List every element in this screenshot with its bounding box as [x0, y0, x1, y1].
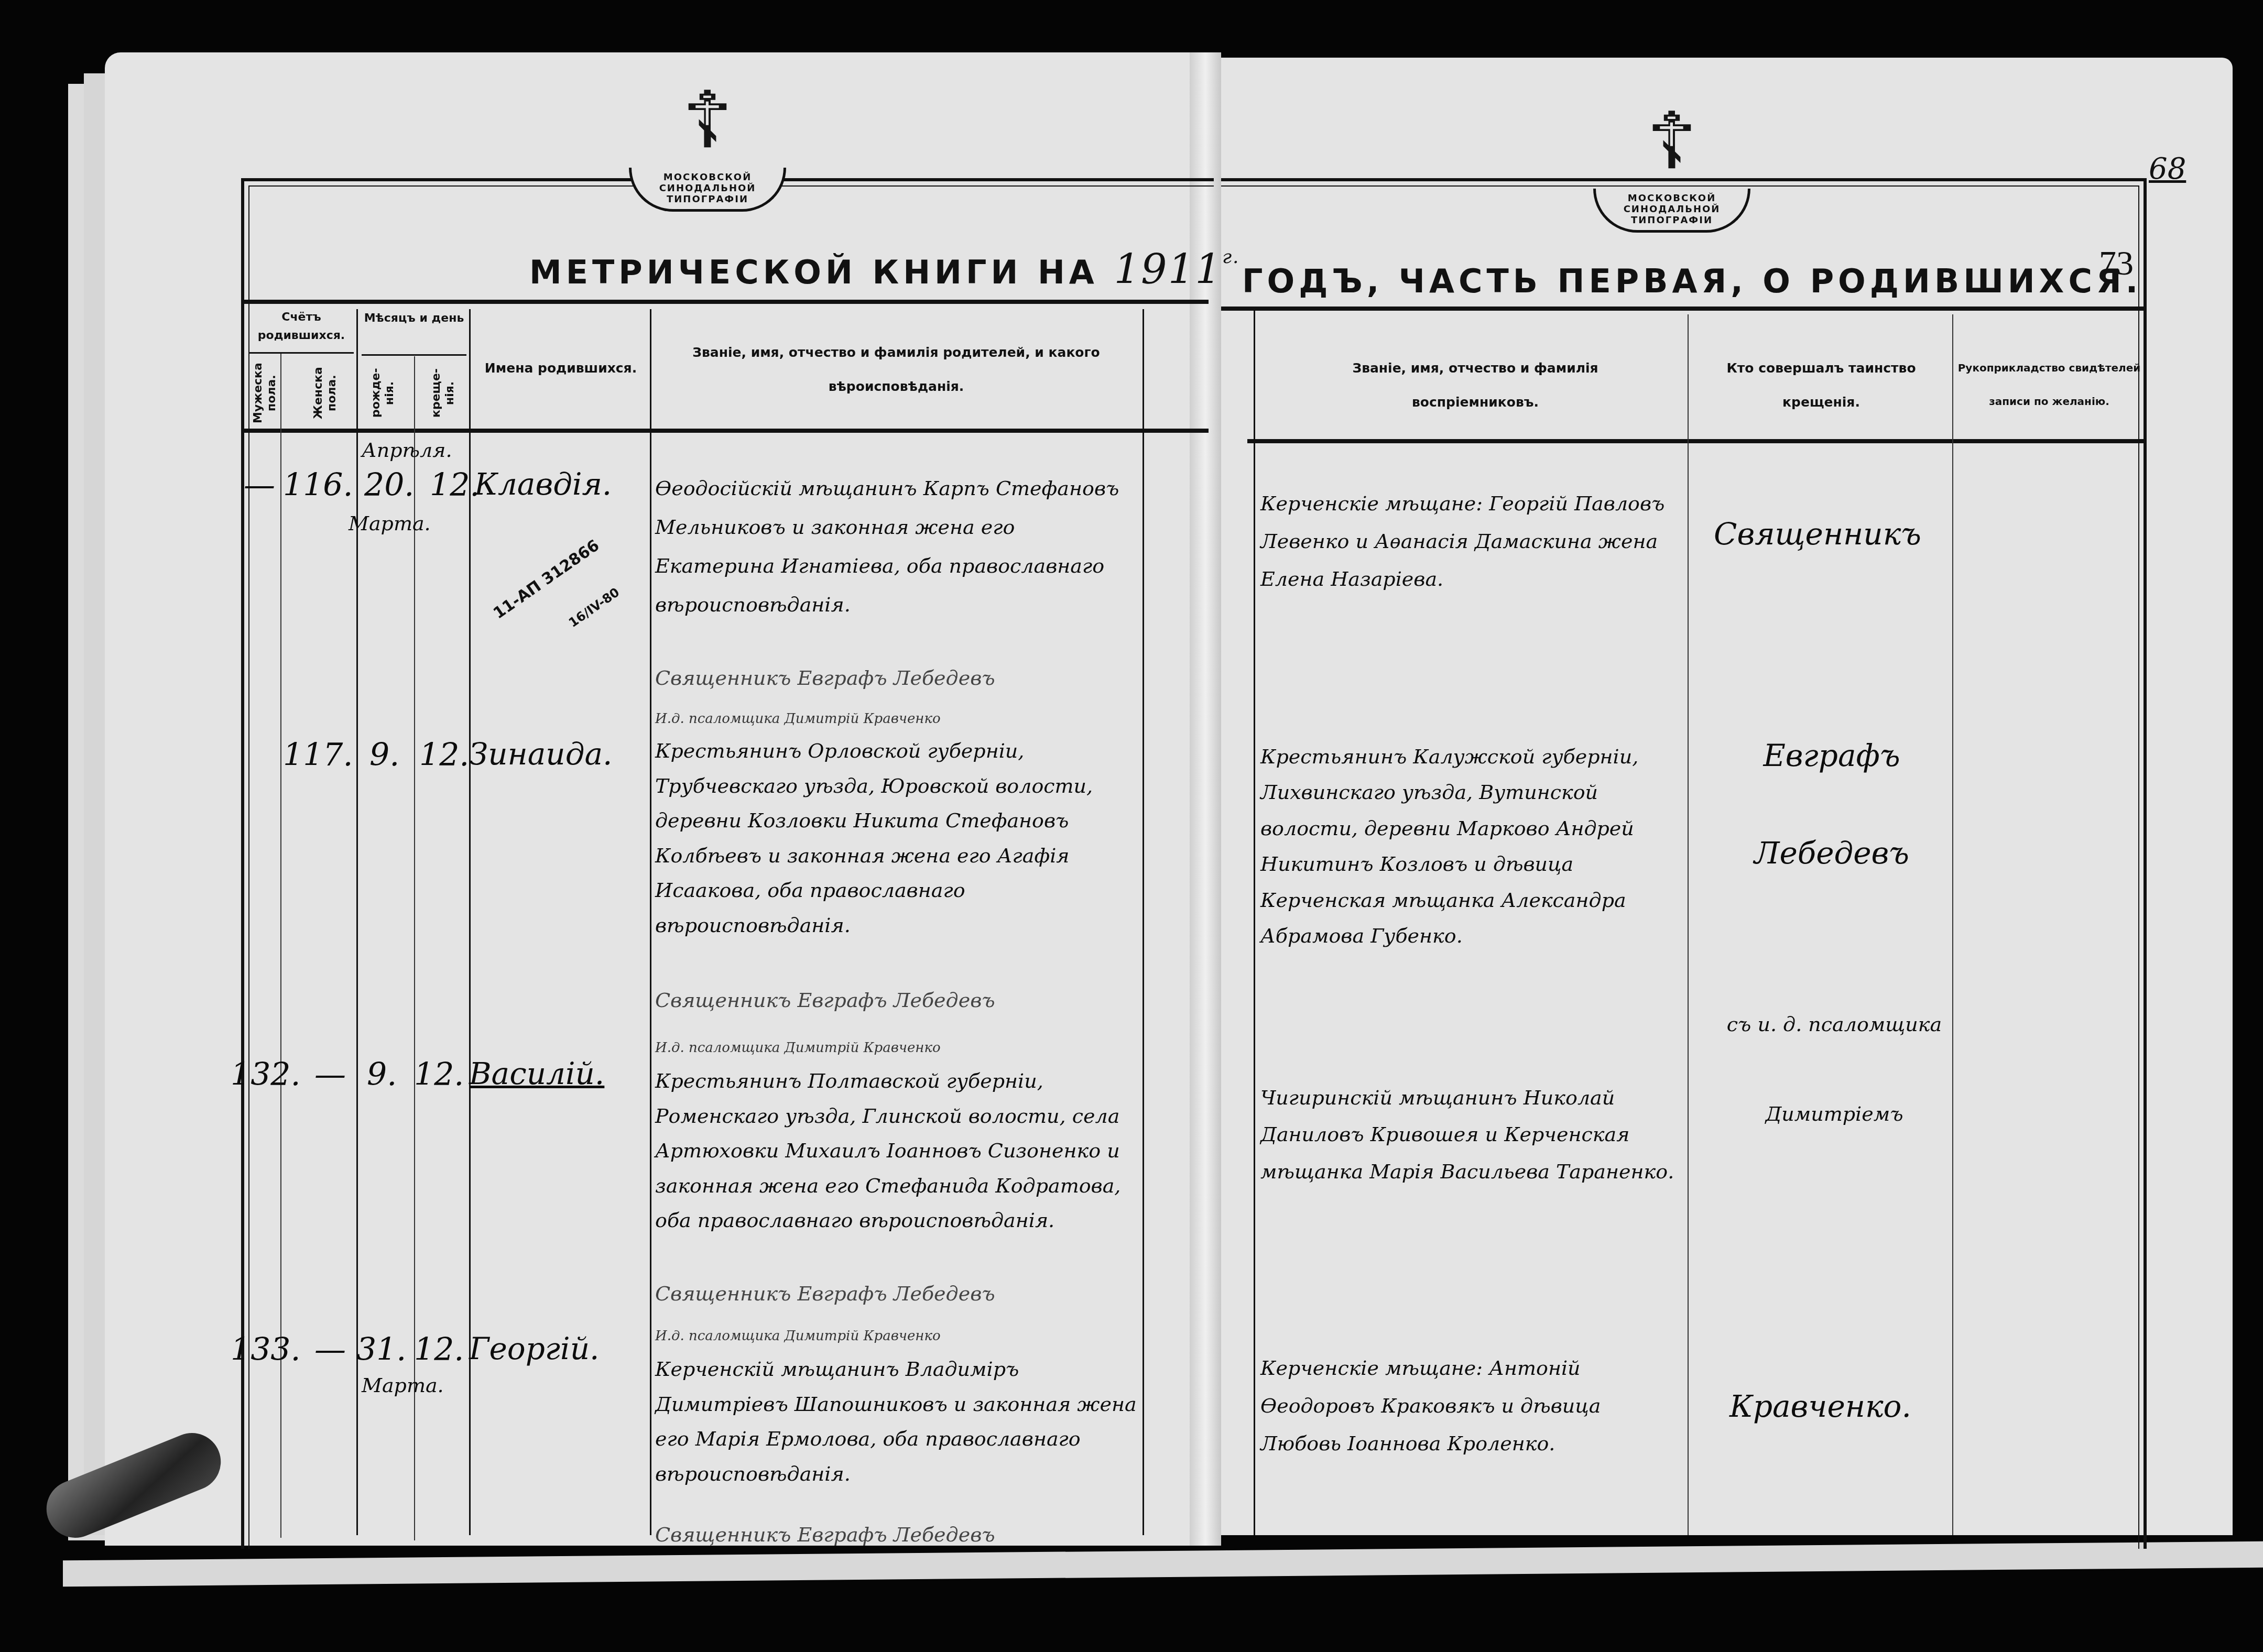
entry-4-female-no: —	[314, 1326, 346, 1374]
header-top-rule	[244, 300, 1209, 304]
title-prefix: МЕТРИЧЕСКОЙ КНИГИ НА	[529, 253, 1098, 291]
entry-4-baptism-day: 12.	[414, 1326, 464, 1374]
entry-4-male-no: 133.	[231, 1326, 301, 1374]
entry-2-priest-signature: Священникъ Евграфъ Лебедевъ	[655, 985, 1137, 1016]
header-count-female: Женска пола.	[312, 362, 338, 424]
entry-4-priest-signature: Священникъ Евграфъ Лебедевъ	[655, 1519, 1137, 1550]
entry-1-male-no: —	[244, 461, 280, 510]
entry-4-birth-month: Марта.	[362, 1370, 444, 1401]
header-godparents: Званіе, имя, отчество и фамилія воспріем…	[1268, 351, 1682, 419]
header-date-baptism: креще-нія.	[430, 362, 456, 424]
entry-1-birth-day: 20.	[364, 461, 414, 510]
emblem-ribbon-text: МОСКОВСКОЙ СИНОДАЛЬНОЙ ТИПОГРАФІИ	[1593, 189, 1750, 233]
entry-1-officiant: Священникъ	[1714, 511, 1921, 558]
entry-3-parents: Крестьянинъ Полтавской губерніи, Роменск…	[655, 1064, 1137, 1238]
entry-3-priest-signature: Священникъ Евграфъ Лебедевъ	[655, 1278, 1137, 1309]
emblem-ribbon-text: МОСКОВСКОЙ СИНОДАЛЬНОЙ ТИПОГРАФІИ	[629, 168, 786, 212]
entry-3-female-no: —	[314, 1051, 346, 1099]
entry-2-parents: Крестьянинъ Орловской губерніи, Трубчевс…	[655, 734, 1137, 943]
column-divider	[1143, 309, 1144, 1535]
column-divider	[1254, 309, 1255, 1535]
entry-3-name: Василій.	[469, 1051, 604, 1098]
count-subrule	[249, 352, 354, 354]
entry-3-officiant: съ и. д. псаломщика Димитріемъ	[1724, 980, 1944, 1159]
header-top-rule	[1221, 307, 2144, 311]
entry-3-clerk-note: И.д. псаломщика Димитрій Кравченко	[655, 1037, 1137, 1058]
column-divider	[650, 309, 651, 1535]
double-headed-eagle-icon: ☦	[629, 79, 786, 162]
entry-2-baptism-day: 12.	[419, 731, 469, 780]
header-count-group: Счётъ родившихся.	[249, 308, 354, 345]
header-date-group: Мѣсяцъ и день	[362, 309, 466, 327]
entry-1-parents: Ѳеодосійскій мѣщанинъ Карпъ Стефановъ Ме…	[655, 469, 1127, 624]
entry-2-female-no: 117.	[283, 731, 353, 780]
header-names: Имена родившихся.	[472, 356, 650, 380]
register-year: 1911	[1114, 246, 1222, 293]
header-bottom-rule	[1247, 439, 2144, 443]
date-subrule	[362, 354, 466, 356]
entry-3-birth-day: 9.	[367, 1051, 397, 1099]
entry-4-parents: Керченскій мѣщанинъ Владиміръ Димитріевъ…	[655, 1352, 1137, 1491]
entry-1-priest-signature: Священникъ Евграфъ Лебедевъ	[655, 663, 1127, 694]
entry-2-clerk-note: И.д. псаломщика Димитрій Кравченко	[655, 708, 1137, 729]
entry-1-name: Клавдія.	[474, 461, 612, 508]
year-suffix: г.	[1222, 246, 1240, 268]
entry-1-female-no: 116.	[283, 461, 353, 510]
entry-4-name: Георгій.	[469, 1326, 599, 1373]
double-headed-eagle-icon: ☦	[1593, 100, 1750, 183]
page-title-right: ГОДЪ, ЧАСТЬ ПЕРВАЯ, О РОДИВШИХСЯ.	[1242, 262, 2142, 300]
entry-3-male-no: 132.	[231, 1051, 301, 1099]
emblem-left: ☦ МОСКОВСКОЙ СИНОДАЛЬНОЙ ТИПОГРАФІИ	[629, 79, 786, 204]
entry-3-godparents: Чигиринскій мѣщанинъ Николай Даниловъ Кр…	[1260, 1079, 1685, 1190]
page-number: 73	[2099, 244, 2134, 283]
entry-2-name: Зинаида.	[469, 731, 612, 778]
header-officiant: Кто совершалъ таинство крещенія.	[1693, 351, 1950, 419]
entry-2-birth-day: 9.	[369, 731, 399, 780]
header-date-birth: рожде-нія.	[369, 362, 396, 424]
entry-1-birth-month: Марта.	[349, 508, 431, 539]
header-witnesses: Рукоприкладство свидѣтелей записи по жел…	[1955, 351, 2144, 418]
emblem-right: ☦ МОСКОВСКОЙ СИНОДАЛЬНОЙ ТИПОГРАФІИ	[1593, 100, 1750, 225]
entry-1-godparents: Керченскіе мѣщане: Георгій Павловъ Левен…	[1260, 485, 1685, 598]
entry-4-clerk-note: И.д. псаломщика Димитрій Кравченко	[655, 1326, 1137, 1347]
entry-3-baptism-day: 12.	[414, 1051, 464, 1099]
entry-4-birth-day: 31.	[356, 1326, 406, 1374]
header-bottom-rule	[244, 429, 1209, 433]
entry-2-godparents: Крестьянинъ Калужской губерніи, Лихвинск…	[1260, 739, 1685, 954]
entry-1-baptism-day: 12.	[430, 461, 480, 510]
page-title-left: МЕТРИЧЕСКОЙ КНИГИ НА 1911г.	[529, 246, 1240, 293]
entry-2-officiant: Евграфъ Лебедевъ	[1719, 707, 1944, 902]
column-divider	[1952, 314, 1953, 1535]
folio-number: 68	[2149, 152, 2186, 186]
column-divider	[1688, 314, 1689, 1535]
entry-4-officiant: Кравченко.	[1729, 1383, 1911, 1430]
entry-4-godparents: Керченскіе мѣщане: Антоній Ѳеодоровъ Кра…	[1260, 1349, 1680, 1463]
header-parents: Званіе, имя, отчество и фамилія родителе…	[655, 335, 1137, 403]
header-count-male: Мужеска пола.	[252, 362, 278, 424]
